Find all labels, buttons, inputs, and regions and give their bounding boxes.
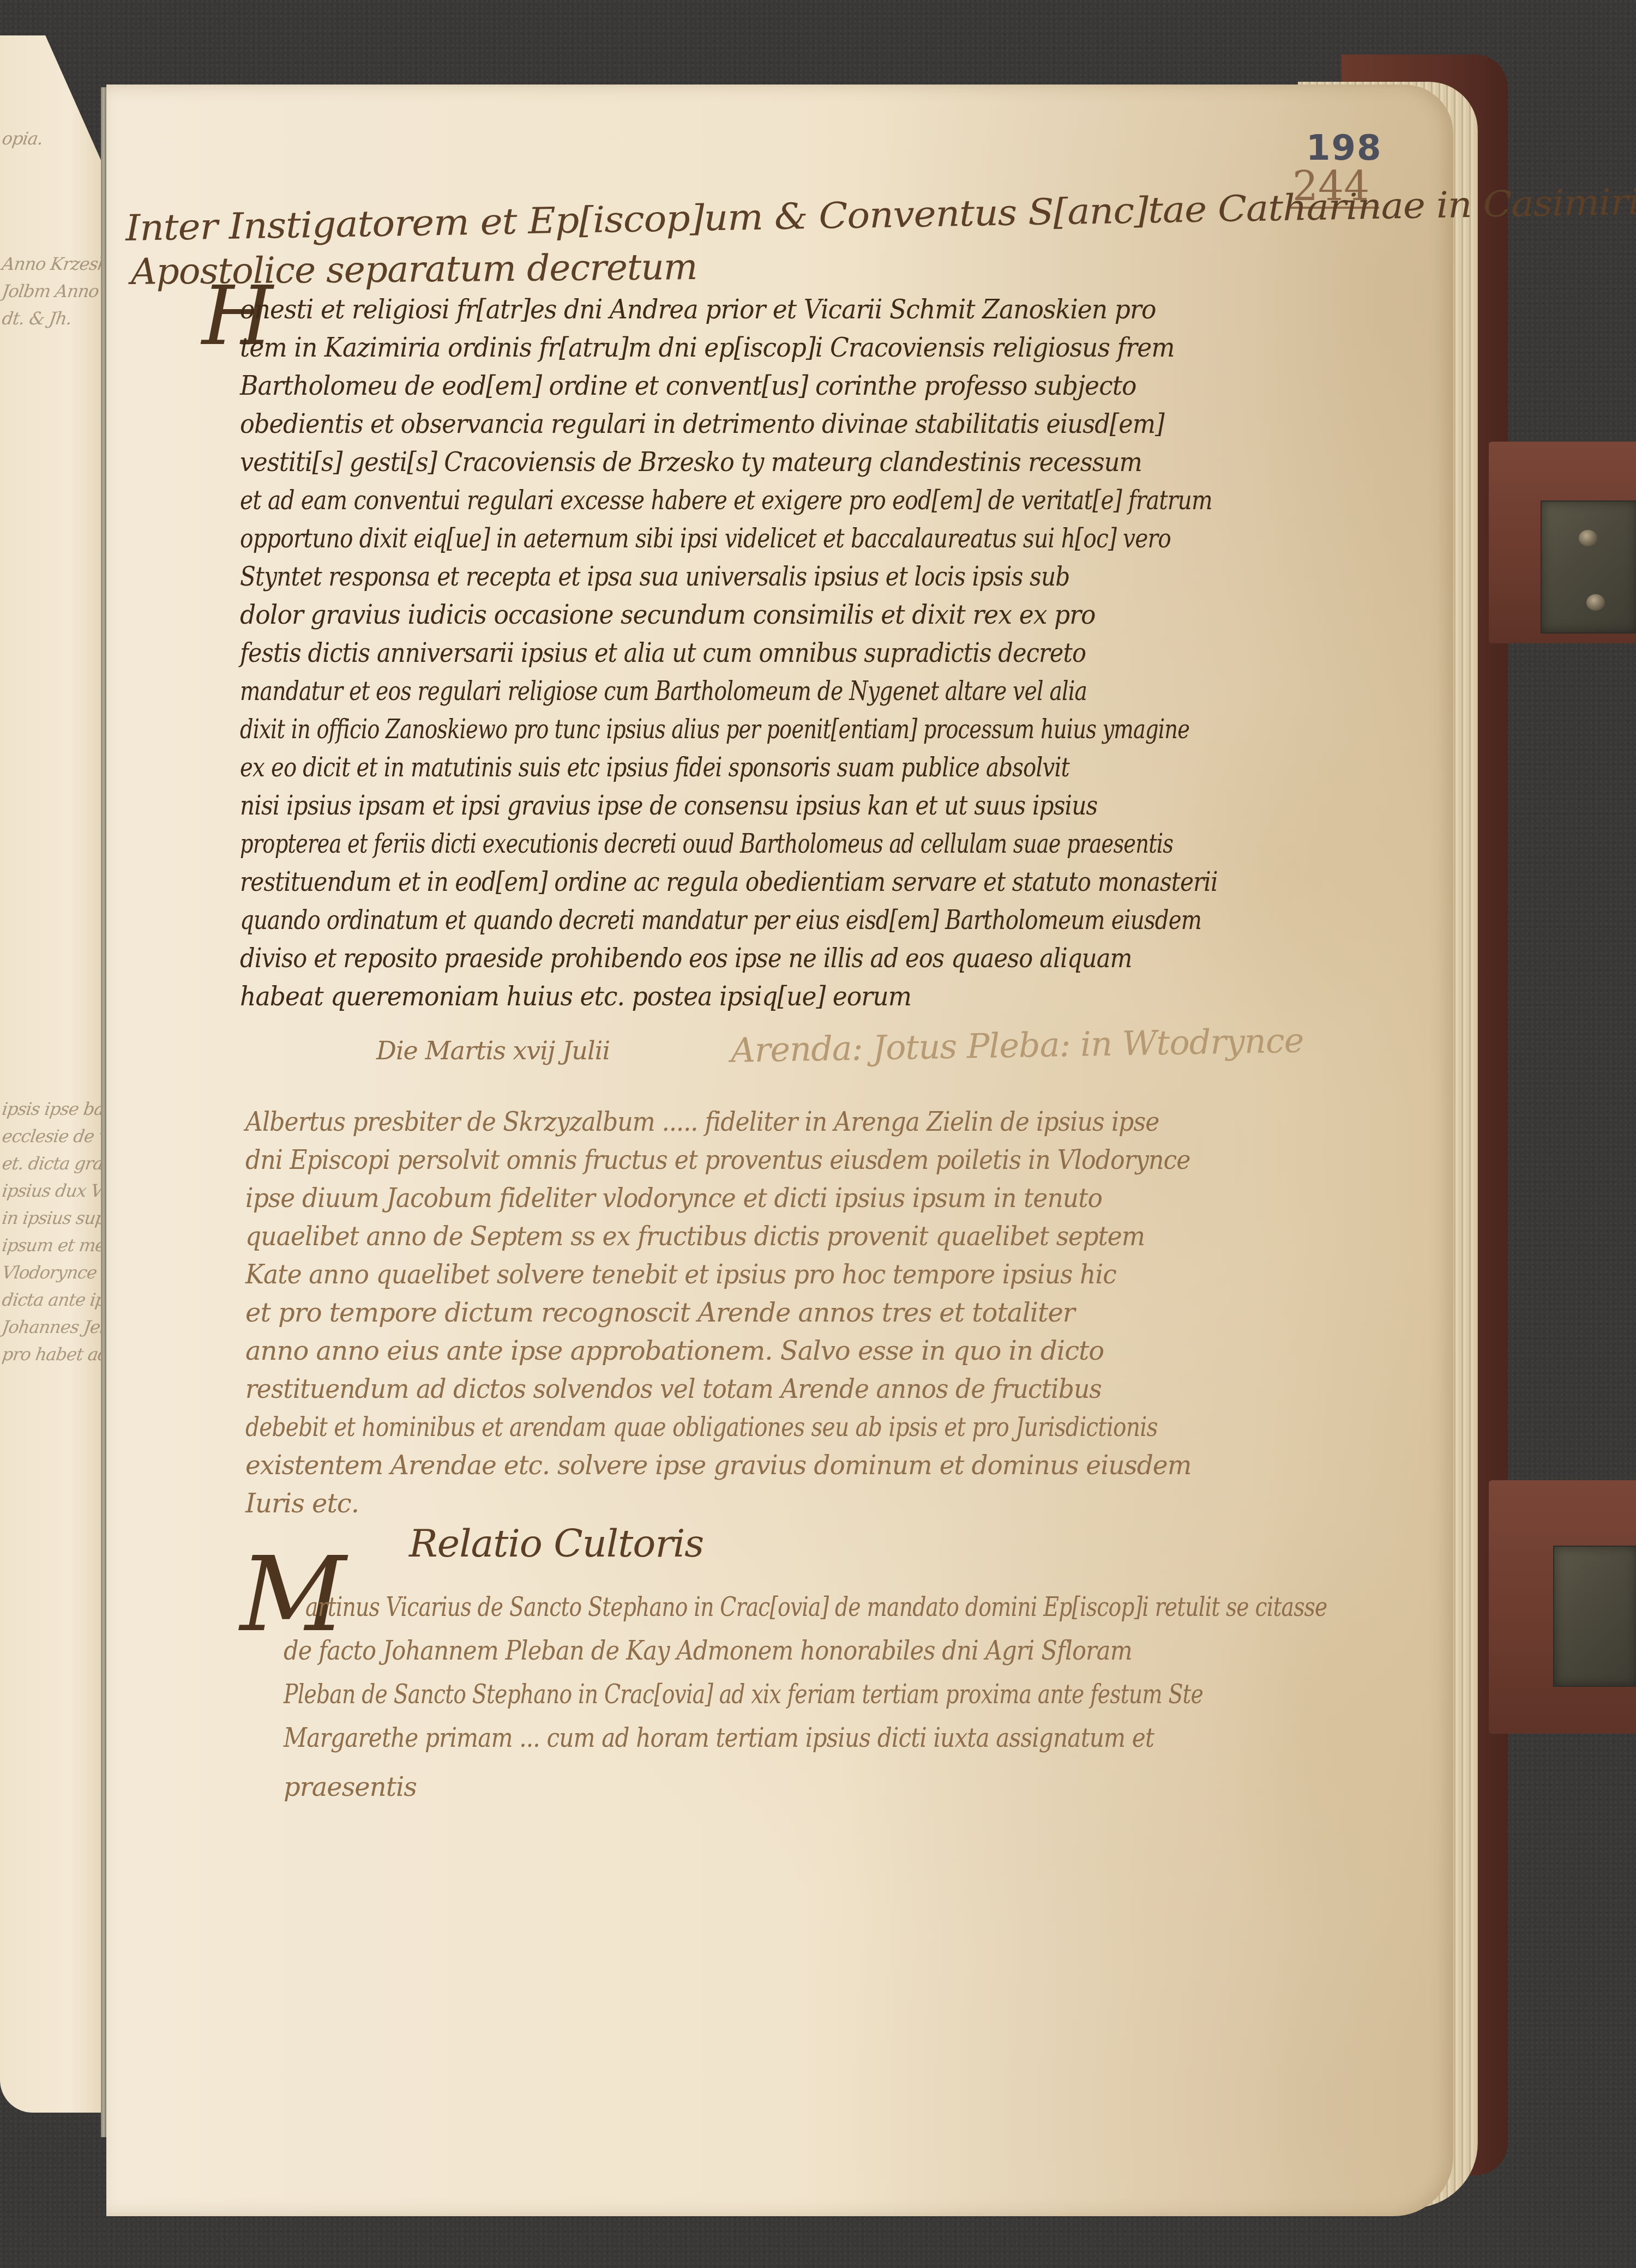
text-line: existentem Arendae etc. solvere ipse gra…	[245, 1450, 1191, 1481]
binding-gutter	[101, 87, 106, 2137]
rivet-icon	[1579, 530, 1597, 546]
text-line: Pleban de Sancto Stephano in Crac[ovia] …	[284, 1679, 1203, 1710]
text-line: anno anno eius ante ipse approbationem. …	[245, 1336, 1104, 1366]
text-line: diviso et reposito praeside prohibendo e…	[240, 943, 1132, 974]
text-line: Styntet responsa et recepta et ipsa sua …	[240, 562, 1069, 592]
text-line: restituendum et in eod[em] ordine ac reg…	[240, 867, 1218, 897]
left-page-text: opia.	[1, 128, 44, 149]
text-line: debebit et hominibus et arendam quae obl…	[245, 1412, 1158, 1443]
text-line: ipse diuum Jacobum fideliter vlodorynce …	[245, 1183, 1102, 1214]
upper-clasp-plate	[1541, 500, 1636, 634]
text-line: festis dictis anniversarii ipsius et ali…	[240, 638, 1086, 668]
text-line: restituendum ad dictos solvendos vel tot…	[245, 1374, 1102, 1404]
text-line: habeat queremoniam huius etc. postea ips…	[240, 981, 911, 1012]
text-line: opportuno dixit eiq[ue] in aeternum sibi…	[240, 523, 1171, 554]
text-line: et ad eam conventui regulari excesse hab…	[240, 485, 1212, 516]
text-line: quando ordinatum et quando decreti manda…	[240, 905, 1201, 936]
text-line: dolor gravius iudicis occasione secundum…	[240, 600, 1096, 630]
section-heading: Relatio Cultoris	[409, 1521, 703, 1566]
text-line: quaelibet anno de Septem ss ex fructibus…	[245, 1221, 1145, 1252]
text-line: et pro tempore dictum recognoscit Arende…	[245, 1298, 1075, 1328]
paper-stain	[1197, 1502, 1426, 1938]
text-line: onesti et religiosi fr[atr]es dni Andrea…	[240, 294, 1156, 325]
rivet-icon	[1586, 594, 1605, 611]
text-line: nisi ipsius ipsam et ipsi gravius ipse d…	[240, 791, 1097, 821]
left-page-text: dt. & Jh.	[1, 308, 73, 329]
date-line: Die Martis xvij Julii	[376, 1036, 610, 1065]
text-line: tem in Kazimiria ordinis fr[atru]m dni e…	[240, 333, 1175, 363]
lower-clasp-plate	[1553, 1546, 1636, 1687]
text-line: propterea et feriis dicti executionis de…	[240, 829, 1173, 859]
text-line: Kate anno quaelibet solvere tenebit et i…	[245, 1259, 1116, 1290]
text-line: obedientis et observancia regulari in de…	[240, 409, 1164, 439]
text-line: mandatur et eos regulari religiose cum B…	[240, 676, 1087, 707]
text-line: vestiti[s] gesti[s] Cracoviensis de Brze…	[240, 447, 1142, 478]
text-line: Margarethe primam ... cum ad horam terti…	[284, 1723, 1154, 1753]
text-line: praesentis	[284, 1772, 417, 1802]
left-page-text: Jolbm Anno	[1, 281, 100, 301]
text-line: de facto Johannem Pleban de Kay Admonem …	[284, 1636, 1132, 1666]
text-line: artinus Vicarius de Sancto Stephano in C…	[305, 1592, 1327, 1622]
folio-number-pencil: 198	[1306, 128, 1382, 168]
text-line: dni Episcopi persolvit omnis fructus et …	[245, 1145, 1190, 1175]
text-line: dixit in officio Zanoskiewo pro tunc ips…	[240, 714, 1189, 745]
left-page: opia. Anno Krzeskij Jolbm Anno dt. & Jh.…	[0, 35, 101, 2113]
text-line: ex eo dicit et in matutinis suis etc ips…	[240, 752, 1069, 783]
text-line: Albertus presbiter de Skrzyzalbum ..... …	[245, 1107, 1159, 1137]
left-page-text: pro habet ad.	[1, 1344, 115, 1365]
text-line: Bartholomeu de eod[em] ordine et convent…	[240, 371, 1136, 401]
text-line: Iuris etc.	[245, 1488, 359, 1519]
